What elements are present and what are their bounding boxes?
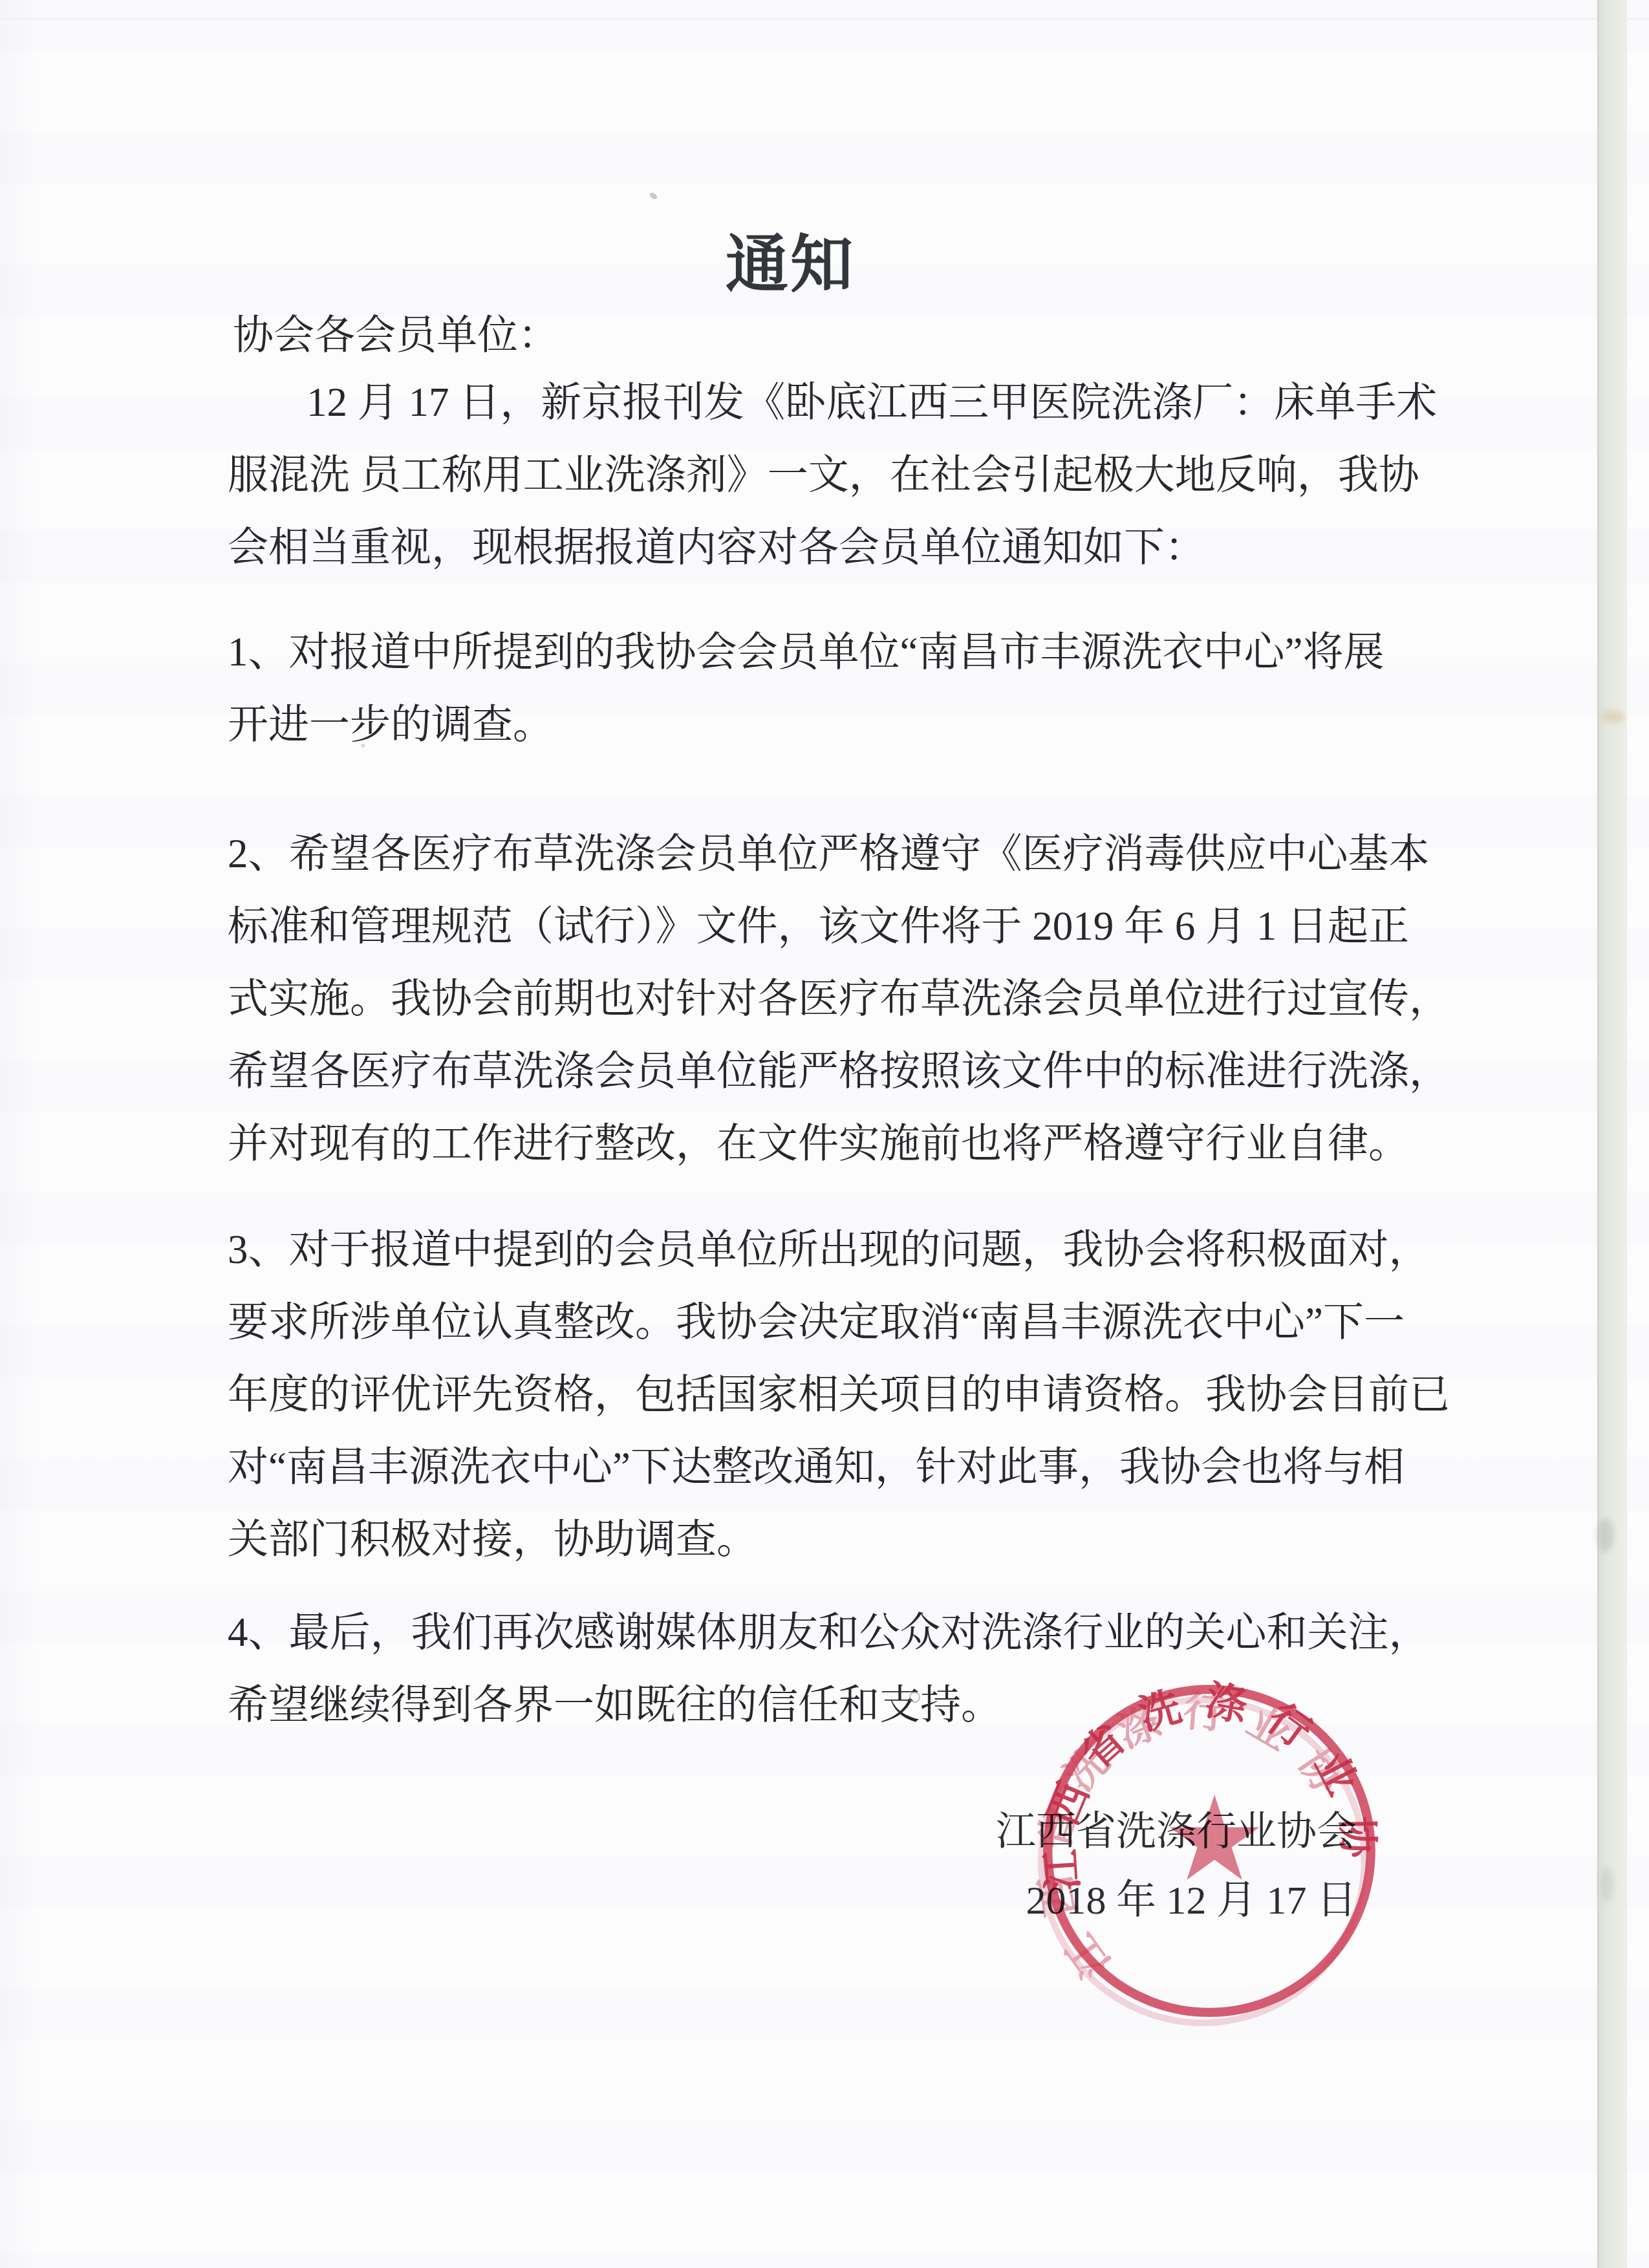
scanned-notice-page: 通知 协会各会员单位： 12 月 17 日，新京报刊发《卧底江西三甲医院洗涤厂：…	[0, 0, 1649, 2268]
item-3-paragraph: 3、对于报道中提到的会员单位所出现的问题，我协会将积极面对， 要求所涉单位认真整…	[228, 1213, 1443, 1575]
item-3-line: 要求所涉单位认真整改。我协会决定取消“南昌丰源洗衣中心”下一	[228, 1286, 1443, 1358]
intro-paragraph: 12 月 17 日，新京报刊发《卧底江西三甲医院洗涤厂：床单手术 服混洗 员工称…	[228, 366, 1443, 583]
item-3-line: 3、对于报道中提到的会员单位所出现的问题，我协会将积极面对，	[228, 1213, 1443, 1286]
item-1-line: 开进一步的调查。	[228, 688, 1443, 761]
item-3-line: 对“南昌丰源洗衣中心”下达整改通知，针对此事，我协会也将与相	[228, 1431, 1443, 1503]
intro-line: 服混洗 员工称用工业洗涤剂》一文，在社会引起极大地反响，我协	[228, 438, 1443, 511]
item-2-line: 并对现有的工作进行整改，在文件实施前也将严格遵守行业自律。	[228, 1107, 1443, 1180]
item-2-line: 2、希望各医疗布草洗涤会员单位严格遵守《医疗消毒供应中心基本	[228, 817, 1443, 890]
item-4-paragraph: 4、最后，我们再次感谢媒体朋友和公众对洗涤行业的关心和关注， 希望继续得到各界一…	[228, 1596, 1443, 1741]
intro-line: 12 月 17 日，新京报刊发《卧底江西三甲医院洗涤厂：床单手术	[228, 366, 1443, 438]
item-1-paragraph: 1、对报道中所提到的我协会会员单位“南昌市丰源洗衣中心”将展 开进一步的调查。	[228, 616, 1443, 761]
item-4-line: 4、最后，我们再次感谢媒体朋友和公众对洗涤行业的关心和关注，	[228, 1596, 1443, 1669]
item-2-line: 标准和管理规范（试行）》文件，该文件将于 2019 年 6 月 1 日起正	[228, 890, 1443, 962]
item-1-line: 1、对报道中所提到的我协会会员单位“南昌市丰源洗衣中心”将展	[228, 616, 1443, 688]
item-3-line: 关部门积极对接，协助调查。	[228, 1503, 1443, 1575]
intro-line: 会相当重视，现根据报道内容对各会员单位通知如下：	[228, 511, 1443, 583]
signature-block: 江西省洗涤行业协会 2018 年 12 月 17 日	[996, 1798, 1357, 1935]
scanner-edge-strip	[1597, 0, 1627, 2268]
paper-top-edge	[0, 18, 1649, 19]
salutation-block: 协会各会员单位：	[233, 299, 1461, 371]
signature-org: 江西省洗涤行业协会	[996, 1798, 1357, 1866]
scan-speck	[649, 191, 658, 200]
scan-smudge	[1601, 710, 1624, 723]
scan-smudge	[1600, 1866, 1614, 1904]
item-2-line: 希望各医疗布草洗涤会员单位能严格按照该文件中的标准进行洗涤，	[228, 1035, 1443, 1107]
item-2-paragraph: 2、希望各医疗布草洗涤会员单位严格遵守《医疗消毒供应中心基本 标准和管理规范（试…	[228, 817, 1443, 1180]
item-2-line: 式实施。我协会前期也对针对各医疗布草洗涤会员单位进行过宣传，	[228, 962, 1443, 1035]
item-4-line: 希望继续得到各界一如既往的信任和支持。	[228, 1669, 1443, 1741]
signature-date: 2018 年 12 月 17 日	[996, 1866, 1357, 1935]
item-3-line: 年度的评优评先资格，包括国家相关项目的申请资格。我协会目前已	[228, 1358, 1443, 1431]
scan-smudge	[1597, 1518, 1614, 1552]
salutation: 协会各会员单位：	[233, 299, 1461, 371]
notice-title: 通知	[726, 213, 855, 304]
